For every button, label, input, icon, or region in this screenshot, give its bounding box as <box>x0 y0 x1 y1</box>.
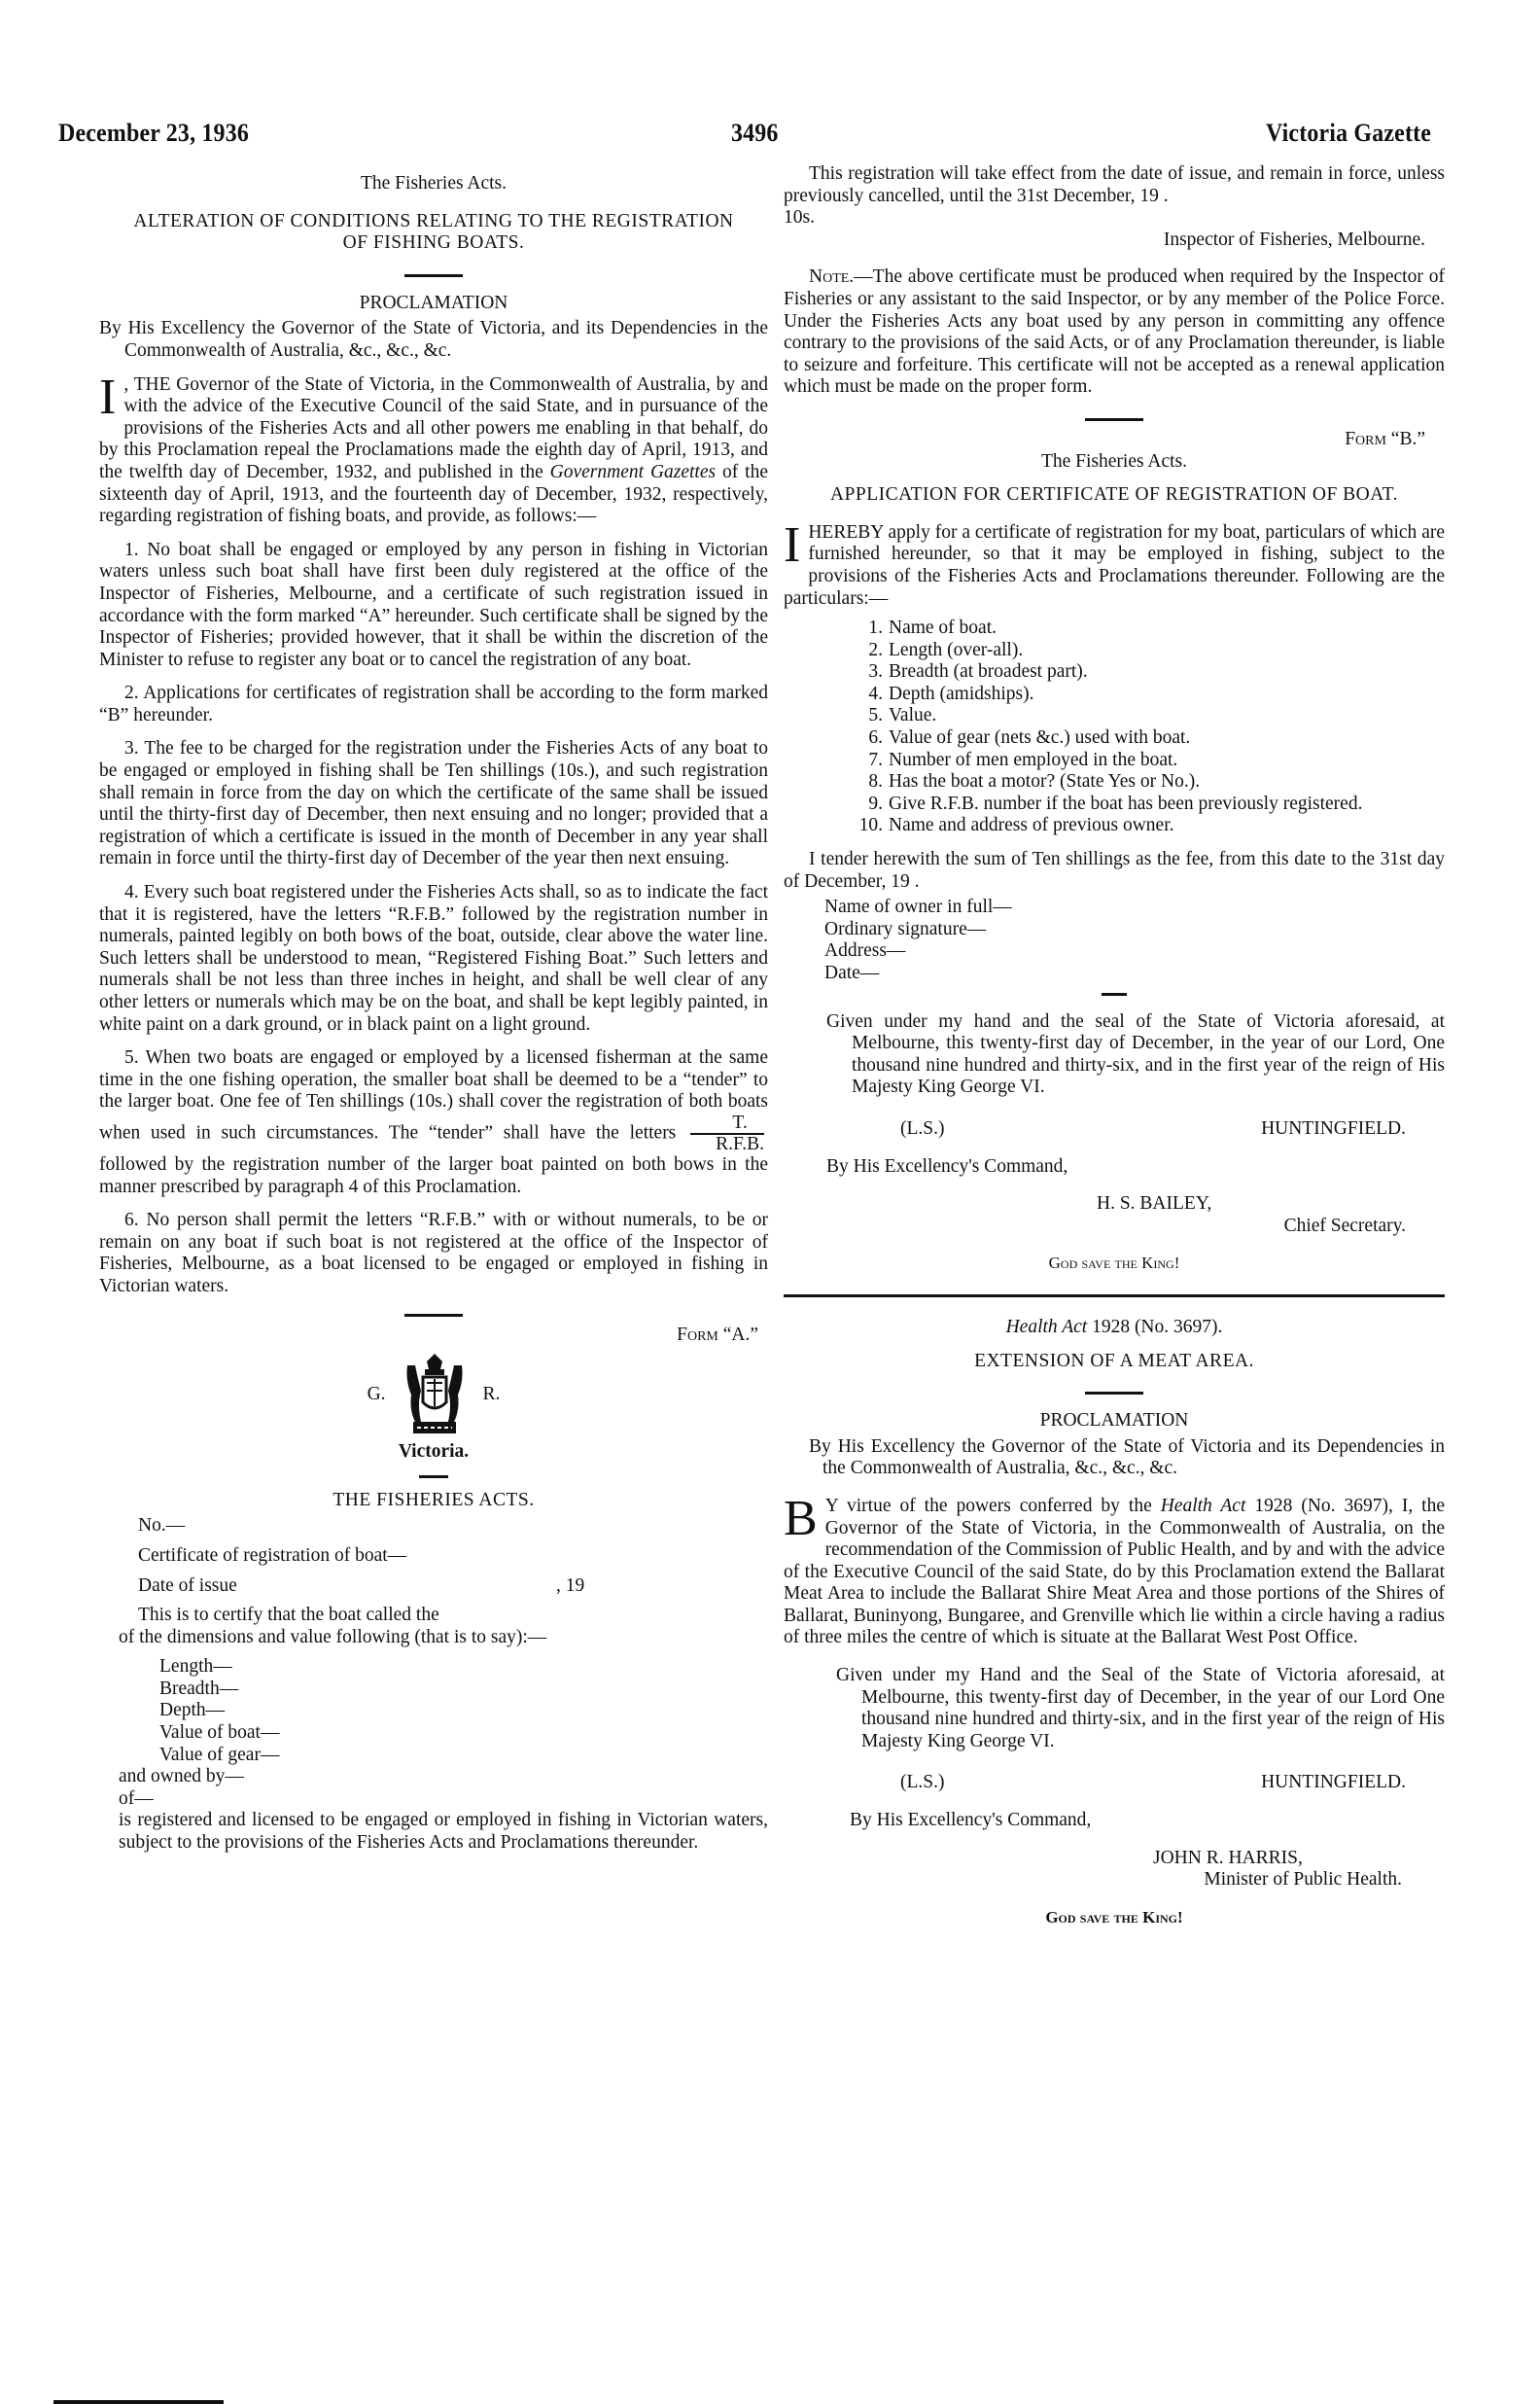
form-certify: This is to certify that the boat called … <box>99 1605 768 1627</box>
given-under-hand-2: Given under my Hand and the Seal of the … <box>784 1665 1445 1752</box>
given-under-hand: Given under my hand and the seal of the … <box>784 1011 1445 1099</box>
drop-cap: B <box>784 1498 818 1540</box>
governor-signature: HUNTINGFIELD. <box>1261 1772 1406 1794</box>
by-command: By His Excellency's Command, <box>784 1156 1445 1179</box>
paragraph-5: 5. When two boats are engaged or employe… <box>99 1047 768 1198</box>
paragraph-2: 2. Applications for certificates of regi… <box>99 683 768 726</box>
owner-field: Ordinary signature— <box>824 919 1445 941</box>
act-title: The Fisheries Acts. <box>99 173 768 195</box>
form-no: No.— <box>99 1515 768 1538</box>
paragraph-4: 4. Every such boat registered under the … <box>99 882 768 1036</box>
by-excellency: By His Excellency the Governor of the St… <box>99 318 768 362</box>
list-item: 6.Value of gear (nets &c.) used with boa… <box>857 727 1445 750</box>
meat-proclamation-body: BY virtue of the powers conferred by the… <box>784 1496 1445 1649</box>
coat-of-arms-icon <box>403 1352 466 1437</box>
left-column: The Fisheries Acts. ALTERATION OF CONDIT… <box>99 173 768 1855</box>
right-column: This registration will take effect from … <box>784 163 1445 1928</box>
form-heading: THE FISHERIES ACTS. <box>99 1490 768 1512</box>
signature-row-2: (L.S.) HUNTINGFIELD. <box>784 1772 1445 1794</box>
crest-caption: Victoria. <box>99 1441 768 1464</box>
paragraph-1: 1. No boat shall be engaged or employed … <box>99 540 768 672</box>
by-command-2: By His Excellency's Command, <box>784 1810 1445 1832</box>
form-fields: Length— Breadth— Depth— Value of boat— V… <box>99 1656 768 1766</box>
form-field: Length— <box>159 1656 768 1679</box>
form-closing: is registered and licensed to be engaged… <box>99 1810 768 1854</box>
god-save-the-king: God save the King! <box>784 1253 1445 1275</box>
crest-left-letter: G. <box>367 1384 386 1406</box>
form-of: of— <box>99 1788 768 1811</box>
form-dimensions: of the dimensions and value following (t… <box>99 1627 768 1649</box>
list-item: 3.Breadth (at broadest part). <box>857 661 1445 684</box>
tender-statement: I tender herewith the sum of Ten shillin… <box>784 849 1445 893</box>
by-excellency-2: By His Excellency the Governor of the St… <box>784 1436 1445 1480</box>
particulars-list: 1.Name of boat. 2.Length (over-all). 3.B… <box>784 618 1445 837</box>
form-field: Value of gear— <box>159 1745 768 1767</box>
paragraph-3: 3. The fee to be charged for the registr… <box>99 738 768 870</box>
application-intro: IHEREBY apply for a certificate of regis… <box>784 522 1445 610</box>
form-b-label: Form “B.” <box>784 429 1445 451</box>
form-field: Breadth— <box>159 1679 768 1701</box>
page-number: 3496 <box>731 119 779 148</box>
health-act-title: Health Act 1928 (No. 3697). <box>784 1317 1445 1339</box>
inspector-signature: Inspector of Fisheries, Melbourne. <box>784 230 1445 252</box>
minister-title: Minister of Public Health. <box>784 1869 1445 1891</box>
list-item: 9.Give R.F.B. number if the boat has bee… <box>857 794 1445 816</box>
owner-field: Date— <box>824 963 1445 985</box>
publication-title: Victoria Gazette <box>1266 119 1431 148</box>
list-item: 4.Depth (amidships). <box>857 684 1445 706</box>
form-owned: and owned by— <box>99 1766 768 1788</box>
tender-fraction: T.R.F.B. <box>690 1114 764 1154</box>
governor-signature: HUNTINGFIELD. <box>1261 1118 1406 1141</box>
form-field: Value of boat— <box>159 1722 768 1745</box>
owner-field: Name of owner in full— <box>824 897 1445 919</box>
seal-mark: (L.S.) <box>900 1118 945 1141</box>
drop-cap: I <box>99 376 116 419</box>
list-item: 10.Name and address of previous owner. <box>857 815 1445 837</box>
drop-cap: I <box>784 524 800 567</box>
application-heading: APPLICATION FOR CERTIFICATE OF REGISTRAT… <box>784 484 1445 507</box>
list-item: 1.Name of boat. <box>857 618 1445 640</box>
seal-mark: (L.S.) <box>900 1772 945 1794</box>
proclamation-intro: I, THE Governor of the State of Victoria… <box>99 374 768 528</box>
paragraph-6: 6. No person shall permit the letters “R… <box>99 1210 768 1297</box>
coat-of-arms-block: G. R. <box>99 1352 768 1437</box>
signature-row: (L.S.) HUNTINGFIELD. <box>784 1118 1445 1141</box>
owner-fields: Name of owner in full— Ordinary signatur… <box>784 897 1445 984</box>
header-date: December 23, 1936 <box>58 119 249 148</box>
certificate-note: Note.—The above certificate must be prod… <box>784 266 1445 399</box>
form-date-row: Date of issue , 19 <box>99 1575 768 1598</box>
crest-right-letter: R. <box>483 1384 501 1406</box>
minister-name: JOHN R. HARRIS, <box>784 1848 1445 1870</box>
owner-field: Address— <box>824 940 1445 963</box>
form-cert-label: Certificate of registration of boat— <box>99 1545 768 1568</box>
meat-area-heading: EXTENSION OF A MEAT AREA. <box>784 1351 1445 1373</box>
proclamation-title-2: PROCLAMATION <box>784 1410 1445 1432</box>
fee-amount: 10s. <box>784 207 1445 230</box>
proclamation-title: PROCLAMATION <box>99 293 768 315</box>
secretary-title: Chief Secretary. <box>784 1216 1445 1238</box>
form-a-label: Form “A.” <box>99 1325 768 1347</box>
list-item: 7.Number of men employed in the boat. <box>857 750 1445 772</box>
registration-effect: This registration will take effect from … <box>784 163 1445 207</box>
form-field: Depth— <box>159 1700 768 1722</box>
footer-rule <box>53 2400 224 2404</box>
list-item: 5.Value. <box>857 705 1445 727</box>
act-title-b: The Fisheries Acts. <box>784 451 1445 474</box>
notice-heading: ALTERATION OF CONDITIONS RELATING TO THE… <box>99 211 768 255</box>
secretary-name: H. S. BAILEY, <box>784 1193 1445 1216</box>
list-item: 2.Length (over-all). <box>857 640 1445 662</box>
god-save-the-king-2: God save the King! <box>784 1907 1445 1929</box>
list-item: 8.Has the boat a motor? (State Yes or No… <box>857 771 1445 794</box>
